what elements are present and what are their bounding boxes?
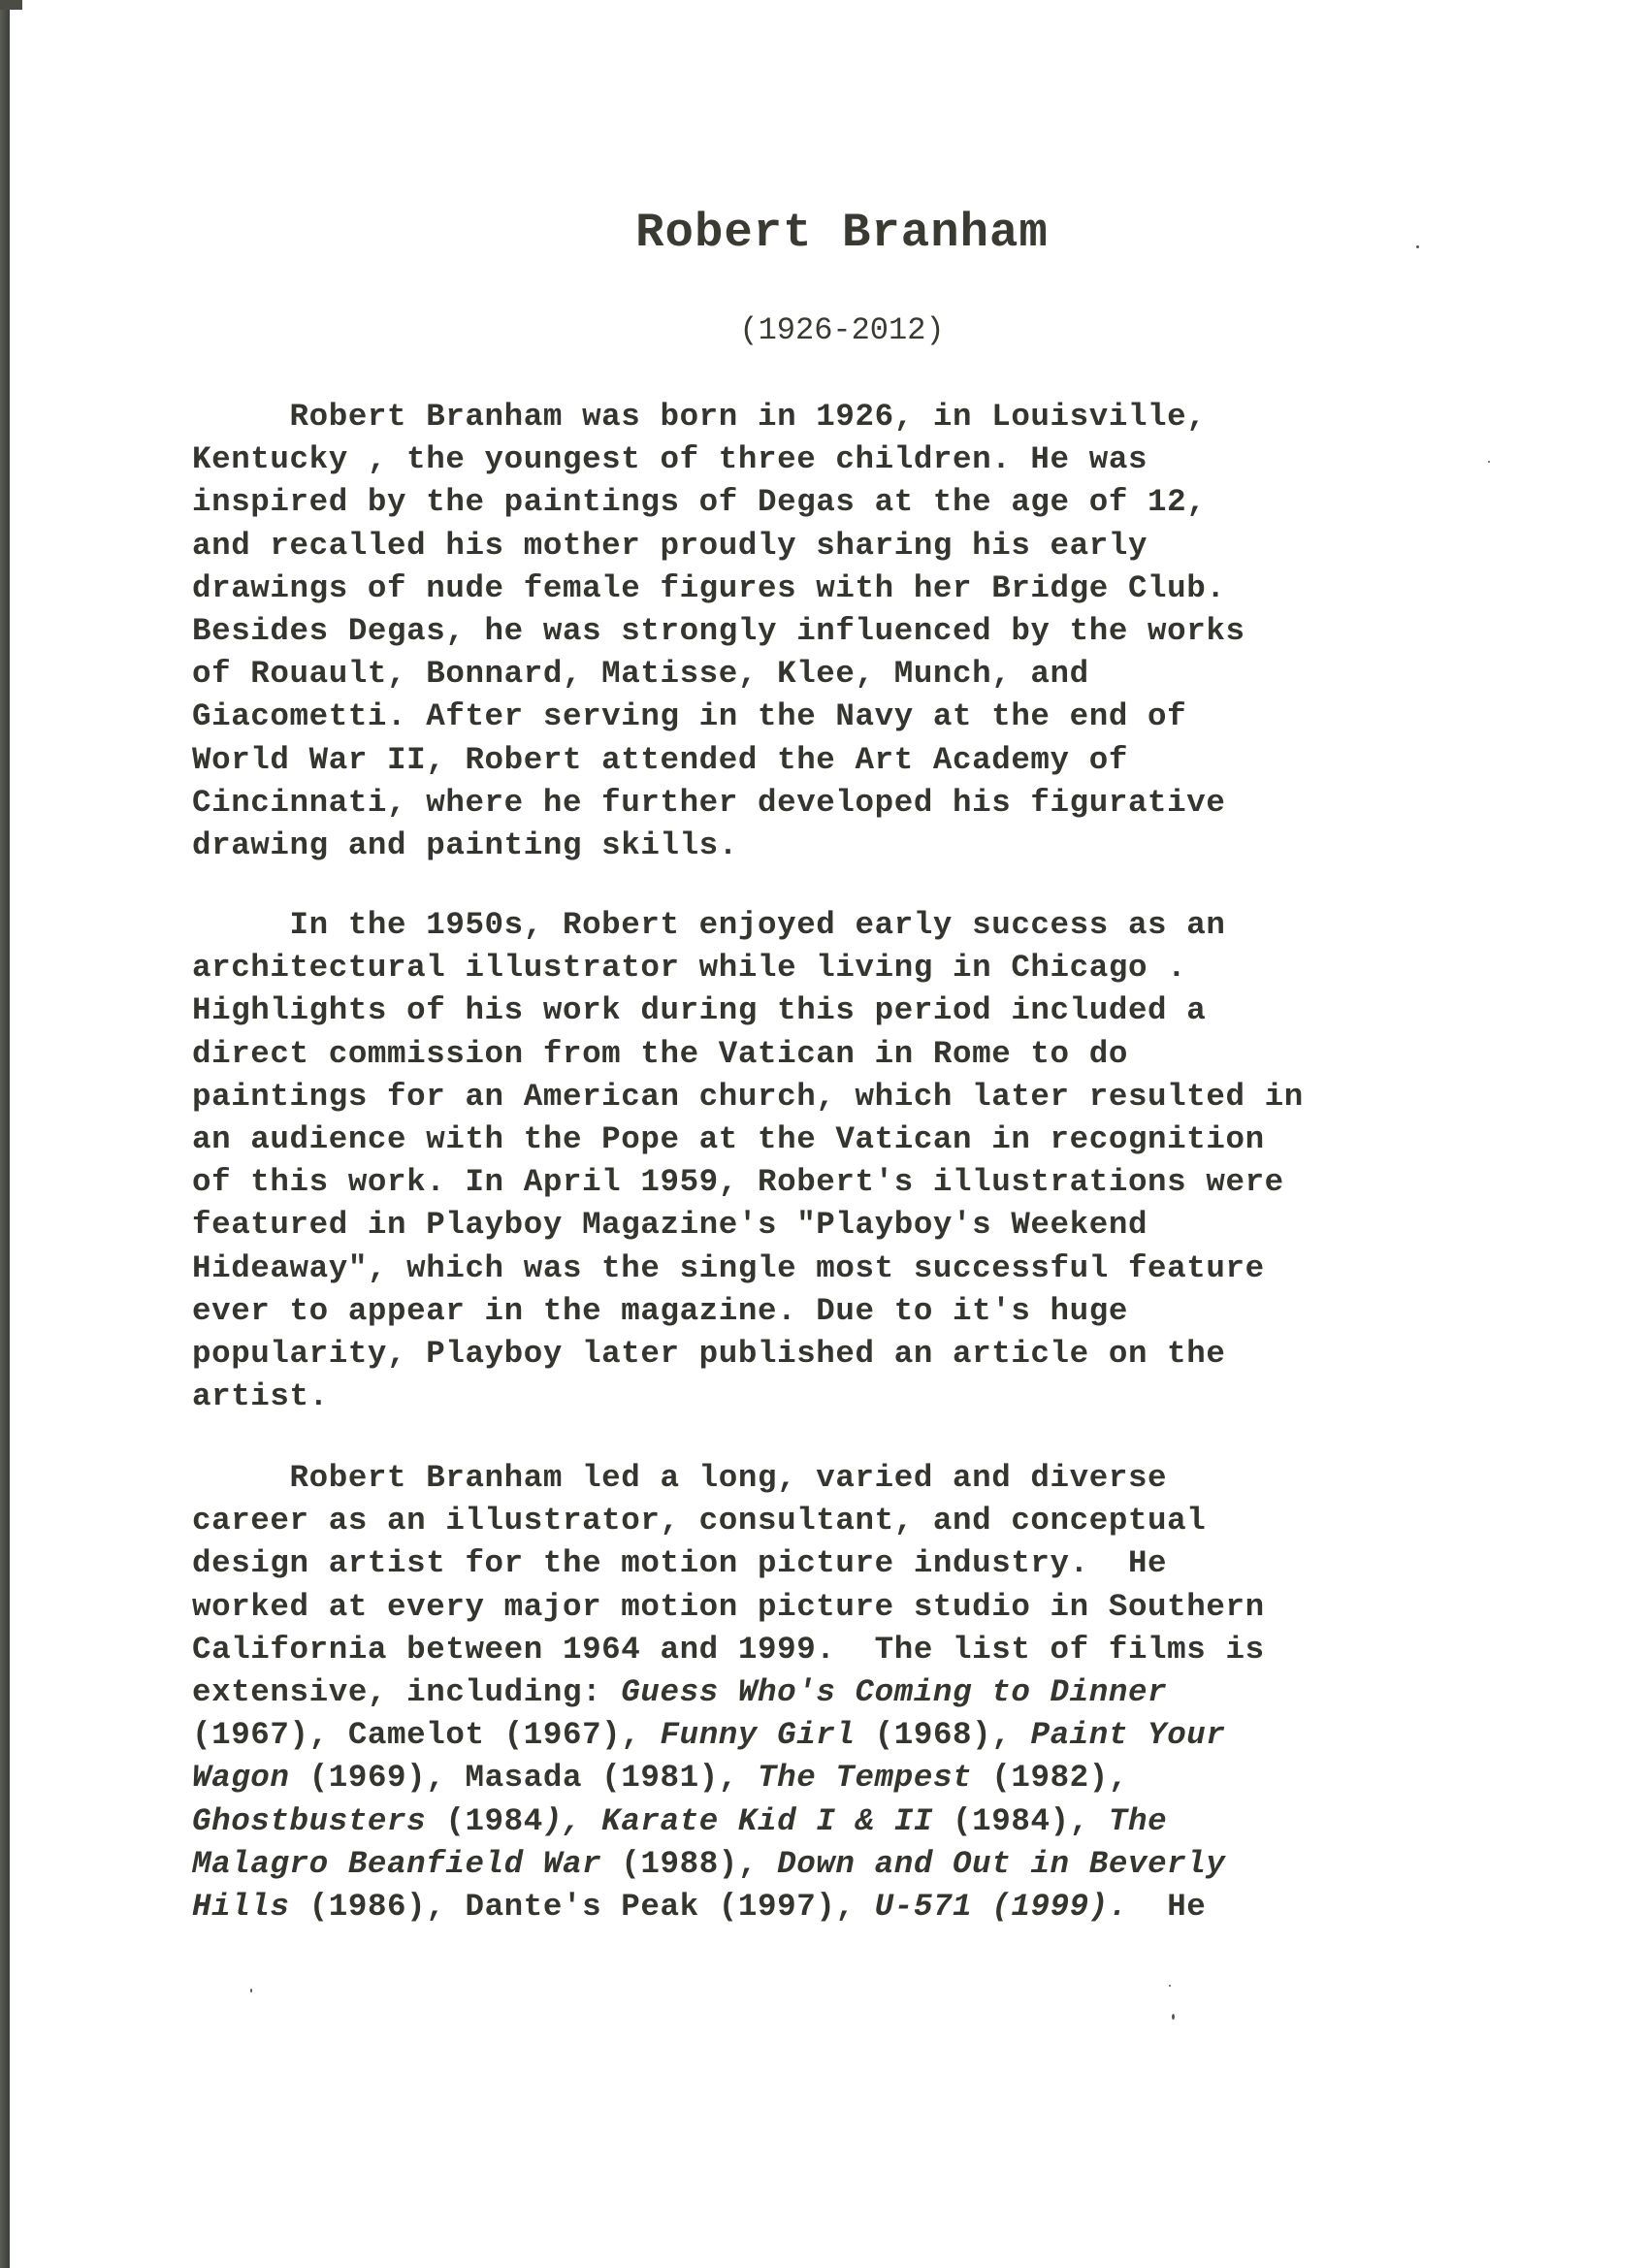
text-line: California between 1964 and 1999. The li…: [192, 1629, 1511, 1671]
body-text: Highlights of his work during this perio…: [192, 992, 1206, 1028]
paragraph-1950s: In the 1950s, Robert enjoyed early succe…: [192, 904, 1511, 1418]
scan-speck: [1172, 2014, 1175, 2020]
body-text: Cincinnati, where he further developed h…: [192, 785, 1225, 821]
body-text: architectural illustrator while living i…: [192, 950, 1186, 986]
body-text: drawings of nude female figures with her…: [192, 570, 1225, 606]
body-text: Hideaway", which was the single most suc…: [192, 1250, 1265, 1286]
text-line: popularity, Playboy later published an a…: [192, 1333, 1511, 1376]
film-title-text: Hills: [192, 1889, 290, 1925]
text-line: Ghostbusters (1984), Karate Kid I & II (…: [192, 1800, 1511, 1843]
text-line: and recalled his mother proudly sharing …: [192, 525, 1511, 567]
paragraph-early-life: Robert Branham was born in 1926, in Loui…: [192, 396, 1511, 867]
text-line: direct commission from the Vatican in Ro…: [192, 1033, 1511, 1076]
body-text: ever to appear in the magazine. Due to i…: [192, 1293, 1128, 1329]
text-line: worked at every major motion picture stu…: [192, 1586, 1511, 1629]
body-text: and recalled his mother proudly sharing …: [192, 528, 1148, 564]
body-text: artist.: [192, 1378, 329, 1414]
text-line: World War II, Robert attended the Art Ac…: [192, 739, 1511, 782]
text-line: (1967), Camelot (1967), Funny Girl (1968…: [192, 1714, 1511, 1757]
film-title-text: The: [1109, 1803, 1167, 1839]
text-line: Cincinnati, where he further developed h…: [192, 782, 1511, 825]
body-text: (1968),: [856, 1717, 1031, 1753]
text-line: drawing and painting skills.: [192, 825, 1511, 867]
body-text: Robert Branham led a long, varied and di…: [192, 1460, 1167, 1496]
scan-edge-left: [0, 0, 10, 2268]
body-text: an audience with the Pope at the Vatican…: [192, 1121, 1265, 1157]
film-title-text: Wagon: [192, 1760, 290, 1796]
body-text: (1984: [426, 1803, 543, 1839]
text-line: of this work. In April 1959, Robert's il…: [192, 1161, 1511, 1204]
body-text: inspired by the paintings of Degas at th…: [192, 484, 1206, 520]
text-line: Malagro Beanfield War (1988), Down and O…: [192, 1843, 1511, 1886]
text-line: Robert Branham was born in 1926, in Loui…: [192, 396, 1511, 438]
film-title-text: Funny Girl: [660, 1717, 855, 1753]
body-text: of this work. In April 1959, Robert's il…: [192, 1164, 1284, 1200]
body-text: career as an illustrator, consultant, an…: [192, 1503, 1206, 1539]
body-text: drawing and painting skills.: [192, 827, 738, 863]
text-line: design artist for the motion picture ind…: [192, 1542, 1511, 1585]
body-text: popularity, Playboy later published an a…: [192, 1336, 1225, 1372]
film-title-text: U-571 (1999).: [875, 1889, 1128, 1925]
text-line: architectural illustrator while living i…: [192, 947, 1511, 989]
film-title-text: ), Karate Kid I & II: [543, 1803, 933, 1839]
film-title-text: Ghostbusters: [192, 1803, 426, 1839]
scan-edge-top: [0, 0, 22, 10]
body-text: paintings for an American church, which …: [192, 1079, 1304, 1115]
film-title-text: Down and Out in Beverly: [777, 1846, 1225, 1882]
text-line: Hills (1986), Dante's Peak (1997), U-571…: [192, 1886, 1511, 1928]
text-line: In the 1950s, Robert enjoyed early succe…: [192, 904, 1511, 947]
body-text: (1986), Dante's Peak (1997),: [290, 1889, 875, 1925]
text-line: inspired by the paintings of Degas at th…: [192, 481, 1511, 524]
text-line: Robert Branham led a long, varied and di…: [192, 1457, 1511, 1500]
body-text: Besides Degas, he was strongly influence…: [192, 613, 1245, 649]
body-text: California between 1964 and 1999. The li…: [192, 1632, 1265, 1668]
body-text: worked at every major motion picture stu…: [192, 1589, 1265, 1625]
body-text: direct commission from the Vatican in Ro…: [192, 1036, 1128, 1072]
body-text: of Rouault, Bonnard, Matisse, Klee, Munc…: [192, 656, 1089, 692]
text-line: an audience with the Pope at the Vatican…: [192, 1118, 1511, 1161]
body-text: Kentucky , the youngest of three childre…: [192, 441, 1148, 477]
body-text: (1982),: [972, 1760, 1128, 1796]
text-line: Highlights of his work during this perio…: [192, 989, 1511, 1032]
scan-speck: [1169, 1985, 1171, 1987]
text-line: Besides Degas, he was strongly influence…: [192, 610, 1511, 653]
body-text: design artist for the motion picture ind…: [192, 1545, 1167, 1581]
body-text: In the 1950s, Robert enjoyed early succe…: [192, 907, 1225, 943]
text-line: paintings for an American church, which …: [192, 1076, 1511, 1118]
body-text: featured in Playboy Magazine's "Playboy'…: [192, 1207, 1148, 1243]
text-line: drawings of nude female figures with her…: [192, 567, 1511, 610]
film-title-text: Paint Your: [1030, 1717, 1225, 1753]
film-title-text: Guess Who's Coming to Dinner: [621, 1674, 1167, 1710]
scan-speck: [250, 1989, 252, 1993]
film-title-text: Malagro Beanfield War: [192, 1846, 601, 1882]
text-line: Kentucky , the youngest of three childre…: [192, 438, 1511, 481]
body-text: (1969), Masada (1981),: [290, 1760, 758, 1796]
text-line: Giacometti. After serving in the Navy at…: [192, 696, 1511, 738]
text-line: Wagon (1969), Masada (1981), The Tempest…: [192, 1757, 1511, 1799]
text-line: of Rouault, Bonnard, Matisse, Klee, Munc…: [192, 653, 1511, 696]
body-text: Robert Branham was born in 1926, in Loui…: [192, 399, 1206, 435]
film-title-text: The Tempest: [758, 1760, 972, 1796]
body-text: (1984),: [933, 1803, 1109, 1839]
page-title: Robert Branham: [192, 206, 1492, 260]
body-text: (1967), Camelot (1967),: [192, 1717, 660, 1753]
body-text: (1988),: [601, 1846, 777, 1882]
text-line: Hideaway", which was the single most suc…: [192, 1247, 1511, 1290]
text-line: ever to appear in the magazine. Due to i…: [192, 1290, 1511, 1333]
text-line: artist.: [192, 1376, 1511, 1418]
body-text: He: [1128, 1889, 1206, 1925]
scan-speck: [1488, 461, 1490, 463]
text-line: extensive, including: Guess Who's Coming…: [192, 1671, 1511, 1714]
text-line: career as an illustrator, consultant, an…: [192, 1500, 1511, 1542]
paragraph-film-career: Robert Branham led a long, varied and di…: [192, 1457, 1511, 1928]
body-text: Giacometti. After serving in the Navy at…: [192, 698, 1186, 734]
scan-speck: [1416, 245, 1419, 248]
text-line: featured in Playboy Magazine's "Playboy'…: [192, 1204, 1511, 1247]
life-dates: (1926-2012): [192, 312, 1492, 348]
body-text: World War II, Robert attended the Art Ac…: [192, 742, 1128, 778]
body-text: extensive, including:: [192, 1674, 621, 1710]
